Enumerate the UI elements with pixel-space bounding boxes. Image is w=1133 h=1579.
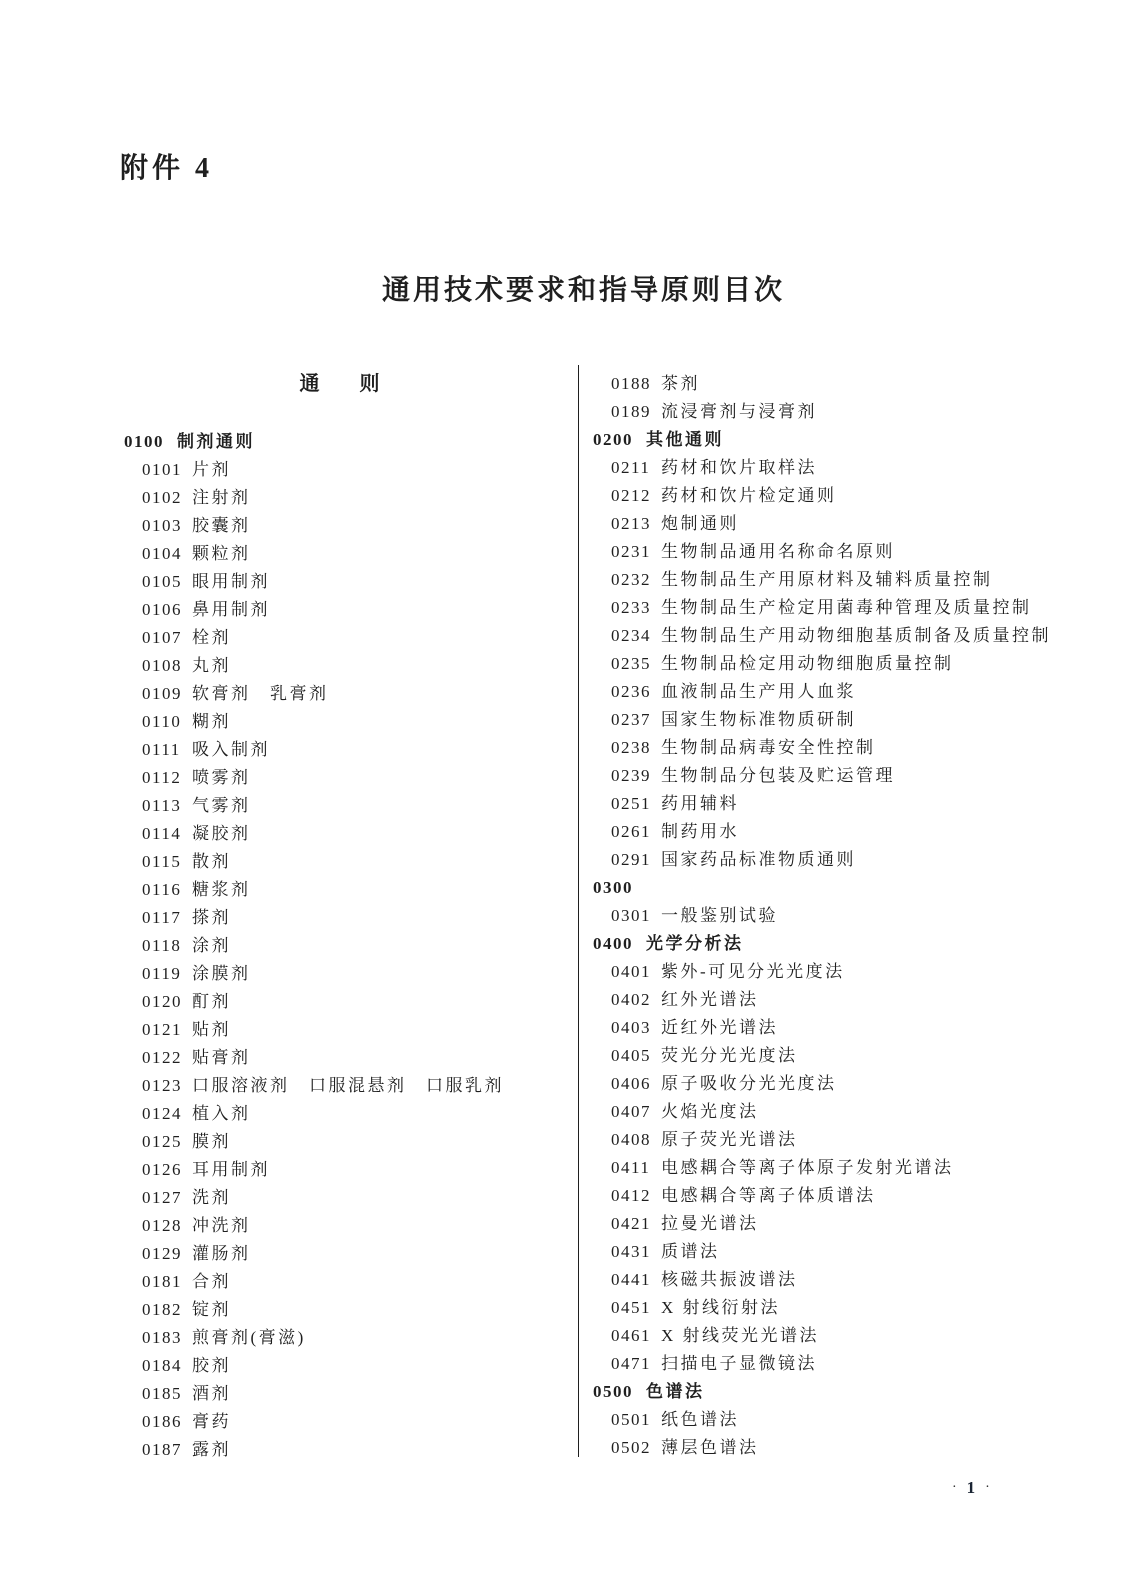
toc-entry: 0120酊剂 xyxy=(122,988,567,1016)
toc-entry: 0235生物制品检定用动物细胞质量控制 xyxy=(591,650,1126,678)
entry-label: 紫外-可见分光光度法 xyxy=(661,962,845,981)
entry-number: 0105 xyxy=(142,568,192,596)
entry-number: 0239 xyxy=(611,762,661,790)
toc-entry: 0502薄层色谱法 xyxy=(591,1434,1126,1462)
toc-entry: 0471扫描电子显微镜法 xyxy=(591,1350,1126,1378)
entry-label: 糊剂 xyxy=(192,712,231,731)
toc-entry: 0187露剂 xyxy=(122,1436,567,1464)
entry-number: 0115 xyxy=(142,848,192,876)
toc-entry: 0234生物制品生产用动物细胞基质制备及质量控制 xyxy=(591,622,1126,650)
toc-entry: 0119涂膜剂 xyxy=(122,960,567,988)
entry-number: 0188 xyxy=(611,370,661,398)
toc-entry: 0188茶剂 xyxy=(591,370,1126,398)
entry-label: 散剂 xyxy=(192,852,231,871)
entry-number: 0124 xyxy=(142,1100,192,1128)
page-number-dot-right: · xyxy=(985,1480,990,1496)
entry-number: 0235 xyxy=(611,650,661,678)
entry-number: 0401 xyxy=(611,958,661,986)
toc-entry: 0189流浸膏剂与浸膏剂 xyxy=(591,398,1126,426)
entry-number: 0291 xyxy=(611,846,661,874)
entry-label: 吸入制剂 xyxy=(192,740,270,759)
entry-label: 流浸膏剂与浸膏剂 xyxy=(661,402,817,421)
entry-number: 0431 xyxy=(611,1238,661,1266)
toc-entry: 0405荧光分光光度法 xyxy=(591,1042,1126,1070)
entry-label: 炮制通则 xyxy=(661,514,739,533)
toc-entry: 0301一般鉴别试验 xyxy=(591,902,1126,930)
entry-label: 火焰光度法 xyxy=(661,1102,759,1121)
entry-number: 0186 xyxy=(142,1408,192,1436)
toc-entry: 0411电感耦合等离子体原子发射光谱法 xyxy=(591,1154,1126,1182)
entry-label: 耳用制剂 xyxy=(192,1160,270,1179)
toc-entry: 0112喷雾剂 xyxy=(122,764,567,792)
entry-number: 0112 xyxy=(142,764,192,792)
left-entries: 0100制剂通则0101片剂0102注射剂0103胶囊剂0104颗粒剂0105眼… xyxy=(122,428,567,1464)
entry-number: 0119 xyxy=(142,960,192,988)
entry-number: 0128 xyxy=(142,1212,192,1240)
left-column-header: 通 则 xyxy=(122,370,567,398)
toc-entry: 0400光学分析法 xyxy=(591,930,1126,958)
entry-label: 药材和饮片检定通则 xyxy=(661,486,837,505)
toc-entry: 0238生物制品病毒安全性控制 xyxy=(591,734,1126,762)
entry-label: 露剂 xyxy=(192,1440,231,1459)
entry-number: 0461 xyxy=(611,1322,661,1350)
entry-label: 锭剂 xyxy=(192,1300,231,1319)
entry-number: 0200 xyxy=(593,426,646,454)
entry-number: 0185 xyxy=(142,1380,192,1408)
toc-entry: 0412电感耦合等离子体质谱法 xyxy=(591,1182,1126,1210)
entry-label: 膏药 xyxy=(192,1412,231,1431)
entry-number: 0116 xyxy=(142,876,192,904)
toc-entry: 0231生物制品通用名称命名原则 xyxy=(591,538,1126,566)
toc-entry: 0406原子吸收分光光度法 xyxy=(591,1070,1126,1098)
toc-entry: 0103胶囊剂 xyxy=(122,512,567,540)
entry-label: 药材和饮片取样法 xyxy=(661,458,817,477)
entry-number: 0104 xyxy=(142,540,192,568)
toc-entry: 0261制药用水 xyxy=(591,818,1126,846)
toc-entry: 0184胶剂 xyxy=(122,1352,567,1380)
entry-number: 0189 xyxy=(611,398,661,426)
entry-label: 口服溶液剂 口服混悬剂 口服乳剂 xyxy=(192,1076,504,1095)
entry-number: 0108 xyxy=(142,652,192,680)
entry-number: 0400 xyxy=(593,930,646,958)
toc-entry: 0211药材和饮片取样法 xyxy=(591,454,1126,482)
entry-label: 生物制品病毒安全性控制 xyxy=(661,738,876,757)
entry-label: 一般鉴别试验 xyxy=(661,906,778,925)
toc-entry: 0109软膏剂 乳膏剂 xyxy=(122,680,567,708)
entry-number: 0233 xyxy=(611,594,661,622)
entry-label: 颗粒剂 xyxy=(192,544,251,563)
entry-label: 国家生物标准物质研制 xyxy=(661,710,856,729)
toc-entry: 0125膜剂 xyxy=(122,1128,567,1156)
entry-number: 0471 xyxy=(611,1350,661,1378)
entry-label: 原子荧光光谱法 xyxy=(661,1130,798,1149)
entry-number: 0183 xyxy=(142,1324,192,1352)
entry-label: 原子吸收分光光度法 xyxy=(661,1074,837,1093)
toc-entry: 0117搽剂 xyxy=(122,904,567,932)
entry-number: 0231 xyxy=(611,538,661,566)
page-number-value: 1 xyxy=(967,1478,976,1498)
entry-number: 0114 xyxy=(142,820,192,848)
entry-number: 0126 xyxy=(142,1156,192,1184)
toc-entry: 0407火焰光度法 xyxy=(591,1098,1126,1126)
entry-number: 0234 xyxy=(611,622,661,650)
entry-label: 注射剂 xyxy=(192,488,251,507)
entry-label: 荧光分光光度法 xyxy=(661,1046,798,1065)
toc-entry: 0129灌肠剂 xyxy=(122,1240,567,1268)
entry-label: 国家药品标准物质通则 xyxy=(661,850,856,869)
entry-label: 气雾剂 xyxy=(192,796,251,815)
right-entries: 0188茶剂0189流浸膏剂与浸膏剂0200其他通则0211药材和饮片取样法02… xyxy=(591,370,1126,1462)
entry-number: 0181 xyxy=(142,1268,192,1296)
toc-entry: 0124植入剂 xyxy=(122,1100,567,1128)
entry-number: 0103 xyxy=(142,512,192,540)
entry-label: 电感耦合等离子体质谱法 xyxy=(661,1186,876,1205)
toc-entry: 0100制剂通则 xyxy=(122,428,567,456)
entry-number: 0212 xyxy=(611,482,661,510)
toc-entry: 0501纸色谱法 xyxy=(591,1406,1126,1434)
entry-label: 搽剂 xyxy=(192,908,231,927)
entry-label: 纸色谱法 xyxy=(661,1410,739,1429)
toc-entry: 0104颗粒剂 xyxy=(122,540,567,568)
toc-column-left: 通 则 0100制剂通则0101片剂0102注射剂0103胶囊剂0104颗粒剂0… xyxy=(122,370,567,1464)
entry-label: 其他通则 xyxy=(646,430,724,449)
page-number: · 1 · xyxy=(952,1478,990,1498)
entry-number: 0122 xyxy=(142,1044,192,1072)
toc-column-right: 0188茶剂0189流浸膏剂与浸膏剂0200其他通则0211药材和饮片取样法02… xyxy=(591,370,1126,1462)
entry-label: 生物制品生产用原材料及辅料质量控制 xyxy=(661,570,993,589)
entry-number: 0120 xyxy=(142,988,192,1016)
entry-number: 0107 xyxy=(142,624,192,652)
entry-label: 生物制品分包装及贮运管理 xyxy=(661,766,895,785)
entry-label: 眼用制剂 xyxy=(192,572,270,591)
attachment-label: 附件 4 xyxy=(120,146,213,186)
entry-number: 0123 xyxy=(142,1072,192,1100)
toc-entry: 0181合剂 xyxy=(122,1268,567,1296)
entry-label: 酒剂 xyxy=(192,1384,231,1403)
entry-number: 0403 xyxy=(611,1014,661,1042)
toc-entry: 0182锭剂 xyxy=(122,1296,567,1324)
toc-entry: 0500色谱法 xyxy=(591,1378,1126,1406)
entry-number: 0100 xyxy=(124,428,177,456)
entry-number: 0500 xyxy=(593,1378,646,1406)
toc-entry: 0441核磁共振波谱法 xyxy=(591,1266,1126,1294)
entry-number: 0300 xyxy=(593,874,646,902)
entry-label: 生物制品生产检定用菌毒种管理及质量控制 xyxy=(661,598,1032,617)
entry-number: 0111 xyxy=(142,736,192,764)
entry-label: 煎膏剂(膏滋) xyxy=(192,1328,306,1347)
toc-entry: 0451X 射线衍射法 xyxy=(591,1294,1126,1322)
entry-number: 0402 xyxy=(611,986,661,1014)
entry-label: 片剂 xyxy=(192,460,231,479)
entry-number: 0109 xyxy=(142,680,192,708)
document-page: 附件 4 通用技术要求和指导原则目次 通 则 0100制剂通则0101片剂010… xyxy=(0,0,1133,1579)
entry-label: 生物制品检定用动物细胞质量控制 xyxy=(661,654,954,673)
entry-number: 0237 xyxy=(611,706,661,734)
entry-number: 0121 xyxy=(142,1016,192,1044)
toc-entry: 0110糊剂 xyxy=(122,708,567,736)
toc-entry: 0200其他通则 xyxy=(591,426,1126,454)
toc-entry: 0401紫外-可见分光光度法 xyxy=(591,958,1126,986)
entry-number: 0187 xyxy=(142,1436,192,1464)
entry-label: 栓剂 xyxy=(192,628,231,647)
toc-entry: 0185酒剂 xyxy=(122,1380,567,1408)
entry-number: 0301 xyxy=(611,902,661,930)
column-divider xyxy=(578,365,579,1457)
entry-number: 0441 xyxy=(611,1266,661,1294)
entry-label: 洗剂 xyxy=(192,1188,231,1207)
toc-entry: 0183煎膏剂(膏滋) xyxy=(122,1324,567,1352)
entry-number: 0406 xyxy=(611,1070,661,1098)
toc-entry: 0105眼用制剂 xyxy=(122,568,567,596)
entry-number: 0501 xyxy=(611,1406,661,1434)
toc-entry: 0116糖浆剂 xyxy=(122,876,567,904)
toc-entry: 0251药用辅料 xyxy=(591,790,1126,818)
page-number-dot-left: · xyxy=(952,1480,957,1496)
entry-label: 胶剂 xyxy=(192,1356,231,1375)
entry-label: 喷雾剂 xyxy=(192,768,251,787)
entry-label: 鼻用制剂 xyxy=(192,600,270,619)
entry-label: 拉曼光谱法 xyxy=(661,1214,759,1233)
entry-label: 扫描电子显微镜法 xyxy=(661,1354,817,1373)
entry-label: 灌肠剂 xyxy=(192,1244,251,1263)
toc-entry: 0121贴剂 xyxy=(122,1016,567,1044)
entry-label: 制剂通则 xyxy=(177,432,255,451)
entry-label: 药用辅料 xyxy=(661,794,739,813)
toc-entry: 0232生物制品生产用原材料及辅料质量控制 xyxy=(591,566,1126,594)
toc-entry: 0213炮制通则 xyxy=(591,510,1126,538)
toc-entry: 0186膏药 xyxy=(122,1408,567,1436)
entry-label: 植入剂 xyxy=(192,1104,251,1123)
toc-entry: 0236血液制品生产用人血浆 xyxy=(591,678,1126,706)
toc-entry: 0402红外光谱法 xyxy=(591,986,1126,1014)
entry-label: 血液制品生产用人血浆 xyxy=(661,682,856,701)
toc-entry: 0113气雾剂 xyxy=(122,792,567,820)
toc-entry: 0111吸入制剂 xyxy=(122,736,567,764)
entry-number: 0101 xyxy=(142,456,192,484)
toc-entry: 0237国家生物标准物质研制 xyxy=(591,706,1126,734)
entry-number: 0405 xyxy=(611,1042,661,1070)
entry-number: 0213 xyxy=(611,510,661,538)
toc-entry: 0403近红外光谱法 xyxy=(591,1014,1126,1042)
entry-label: 酊剂 xyxy=(192,992,231,1011)
toc-entry: 0212药材和饮片检定通则 xyxy=(591,482,1126,510)
page-title: 通用技术要求和指导原则目次 xyxy=(0,268,1133,308)
toc-entry: 0421拉曼光谱法 xyxy=(591,1210,1126,1238)
entry-number: 0411 xyxy=(611,1154,661,1182)
entry-label: 生物制品通用名称命名原则 xyxy=(661,542,895,561)
entry-number: 0408 xyxy=(611,1126,661,1154)
toc-entry: 0127洗剂 xyxy=(122,1184,567,1212)
entry-label: 糖浆剂 xyxy=(192,880,251,899)
toc-entry: 0300 xyxy=(591,874,1126,902)
toc-entry: 0291国家药品标准物质通则 xyxy=(591,846,1126,874)
entry-number: 0232 xyxy=(611,566,661,594)
entry-label: 核磁共振波谱法 xyxy=(661,1270,798,1289)
toc-entry: 0233生物制品生产检定用菌毒种管理及质量控制 xyxy=(591,594,1126,622)
toc-entry: 0408原子荧光光谱法 xyxy=(591,1126,1126,1154)
entry-number: 0118 xyxy=(142,932,192,960)
entry-label: 贴剂 xyxy=(192,1020,231,1039)
entry-number: 0113 xyxy=(142,792,192,820)
entry-label: 贴膏剂 xyxy=(192,1048,251,1067)
entry-label: 丸剂 xyxy=(192,656,231,675)
entry-number: 0127 xyxy=(142,1184,192,1212)
entry-label: 茶剂 xyxy=(661,374,700,393)
entry-label: 光学分析法 xyxy=(646,934,744,953)
entry-number: 0407 xyxy=(611,1098,661,1126)
entry-label: 电感耦合等离子体原子发射光谱法 xyxy=(661,1158,954,1177)
entry-number: 0125 xyxy=(142,1128,192,1156)
entry-number: 0251 xyxy=(611,790,661,818)
entry-number: 0261 xyxy=(611,818,661,846)
toc-entry: 0123口服溶液剂 口服混悬剂 口服乳剂 xyxy=(122,1072,567,1100)
toc-entry: 0101片剂 xyxy=(122,456,567,484)
entry-label: X 射线衍射法 xyxy=(661,1298,780,1317)
toc-entry: 0108丸剂 xyxy=(122,652,567,680)
toc-entry: 0115散剂 xyxy=(122,848,567,876)
entry-label: 近红外光谱法 xyxy=(661,1018,778,1037)
toc-entry: 0126耳用制剂 xyxy=(122,1156,567,1184)
entry-label: 胶囊剂 xyxy=(192,516,251,535)
entry-number: 0129 xyxy=(142,1240,192,1268)
entry-label: 软膏剂 乳膏剂 xyxy=(192,684,329,703)
toc-entry: 0431质谱法 xyxy=(591,1238,1126,1266)
entry-number: 0182 xyxy=(142,1296,192,1324)
entry-number: 0184 xyxy=(142,1352,192,1380)
entry-number: 0412 xyxy=(611,1182,661,1210)
toc-entry: 0122贴膏剂 xyxy=(122,1044,567,1072)
entry-label: X 射线荧光光谱法 xyxy=(661,1326,819,1345)
toc-entry: 0461X 射线荧光光谱法 xyxy=(591,1322,1126,1350)
entry-label: 质谱法 xyxy=(661,1242,720,1261)
entry-number: 0106 xyxy=(142,596,192,624)
entry-label: 凝胶剂 xyxy=(192,824,251,843)
entry-number: 0236 xyxy=(611,678,661,706)
toc-entry: 0118涂剂 xyxy=(122,932,567,960)
toc-entry: 0106鼻用制剂 xyxy=(122,596,567,624)
entry-number: 0502 xyxy=(611,1434,661,1462)
entry-label: 红外光谱法 xyxy=(661,990,759,1009)
entry-label: 薄层色谱法 xyxy=(661,1438,759,1457)
entry-label: 合剂 xyxy=(192,1272,231,1291)
toc-entry: 0128冲洗剂 xyxy=(122,1212,567,1240)
entry-label: 生物制品生产用动物细胞基质制备及质量控制 xyxy=(661,626,1051,645)
entry-label: 涂剂 xyxy=(192,936,231,955)
toc-entry: 0239生物制品分包装及贮运管理 xyxy=(591,762,1126,790)
entry-number: 0102 xyxy=(142,484,192,512)
entry-label: 冲洗剂 xyxy=(192,1216,251,1235)
entry-number: 0238 xyxy=(611,734,661,762)
entry-number: 0117 xyxy=(142,904,192,932)
entry-number: 0451 xyxy=(611,1294,661,1322)
entry-label: 膜剂 xyxy=(192,1132,231,1151)
toc-entry: 0114凝胶剂 xyxy=(122,820,567,848)
entry-label: 色谱法 xyxy=(646,1382,705,1401)
entry-label: 涂膜剂 xyxy=(192,964,251,983)
toc-entry: 0107栓剂 xyxy=(122,624,567,652)
entry-label: 制药用水 xyxy=(661,822,739,841)
toc-entry: 0102注射剂 xyxy=(122,484,567,512)
entry-number: 0211 xyxy=(611,454,661,482)
entry-number: 0110 xyxy=(142,708,192,736)
entry-number: 0421 xyxy=(611,1210,661,1238)
